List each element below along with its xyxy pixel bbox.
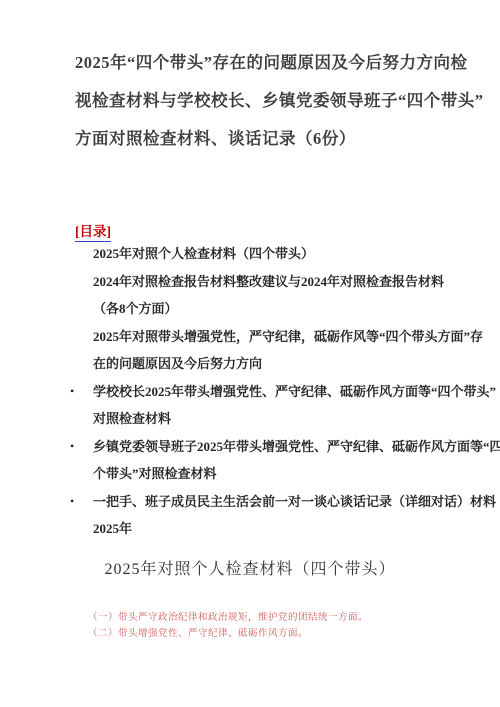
- toc-item: 2025年对照带头增强党性，严守纪律，砥砺作风等“四个带头方面”存 在的问题原因…: [93, 323, 463, 378]
- bullet-icon: •: [70, 488, 74, 516]
- toc-item-text: 2025年对照个人检查材料（四个带头）: [93, 240, 463, 268]
- toc-item-text: 在的问题原因及今后努力方向: [93, 350, 463, 378]
- title-line: 方面对照检查材料、谈话记录（6份）: [75, 120, 447, 158]
- toc-item-text: 学校校长2025年带头增强党性、严守纪律、砥砺作风方面等“四个带头”: [93, 378, 463, 406]
- toc-item: • 一把手、班子成员民主生活会前一对一谈心谈话记录（详细对话）材料 2025年: [93, 488, 463, 543]
- toc-item-text: 2025年对照带头增强党性，严守纪律，砥砺作风等“四个带头方面”存: [93, 323, 463, 351]
- title-line: 2025年“四个带头”存在的问题原因及今后努力方向检: [75, 44, 447, 82]
- toc-list: 2025年对照个人检查材料（四个带头） 2024年对照检查报告材料整改建议与20…: [93, 240, 463, 543]
- document-title: 2025年“四个带头”存在的问题原因及今后努力方向检 视检查材料与学校校长、乡镇…: [75, 44, 447, 158]
- toc-item-text: 2025年: [93, 515, 463, 543]
- toc-item-text: 一把手、班子成员民主生活会前一对一谈心谈话记录（详细对话）材料: [93, 488, 463, 516]
- toc-link[interactable]: [目录]: [75, 220, 111, 242]
- toc-item: 2025年对照个人检查材料（四个带头）: [93, 240, 463, 268]
- toc-item-text: 个带头”对照检查材料: [93, 460, 463, 488]
- toc-item-text: 对照检查材料: [93, 405, 463, 433]
- toc-item: • 学校校长2025年带头增强党性、严守纪律、砥砺作风方面等“四个带头” 对照检…: [93, 378, 463, 433]
- section-heading: 2025年对照个人检查材料（四个带头）: [0, 558, 500, 582]
- title-line: 视检查材料与学校校长、乡镇党委领导班子“四个带头”: [75, 82, 447, 120]
- toc-item-text: 2024年对照检查报告材料整改建议与2024年对照检查报告材料: [93, 268, 463, 296]
- red-text-line: （一）带头严守政治纪律和政治规矩，维护党的团结统一方面。: [88, 611, 448, 625]
- document-page: 2025年“四个带头”存在的问题原因及今后努力方向检 视检查材料与学校校长、乡镇…: [0, 0, 500, 707]
- bullet-icon: •: [70, 433, 74, 461]
- red-text-line: （二）带头增强党性、严守纪律、砥砺作风方面。: [88, 627, 448, 641]
- toc-item: • 乡镇党委领导班子2025年带头增强党性、严守纪律、砥砺作风方面等“四 个带头…: [93, 433, 463, 488]
- toc-item: 2024年对照检查报告材料整改建议与2024年对照检查报告材料 （各8个方面）: [93, 268, 463, 323]
- toc-item-text: 乡镇党委领导班子2025年带头增强党性、严守纪律、砥砺作风方面等“四: [93, 433, 463, 461]
- toc-item-text: （各8个方面）: [93, 295, 463, 323]
- bullet-icon: •: [70, 378, 74, 406]
